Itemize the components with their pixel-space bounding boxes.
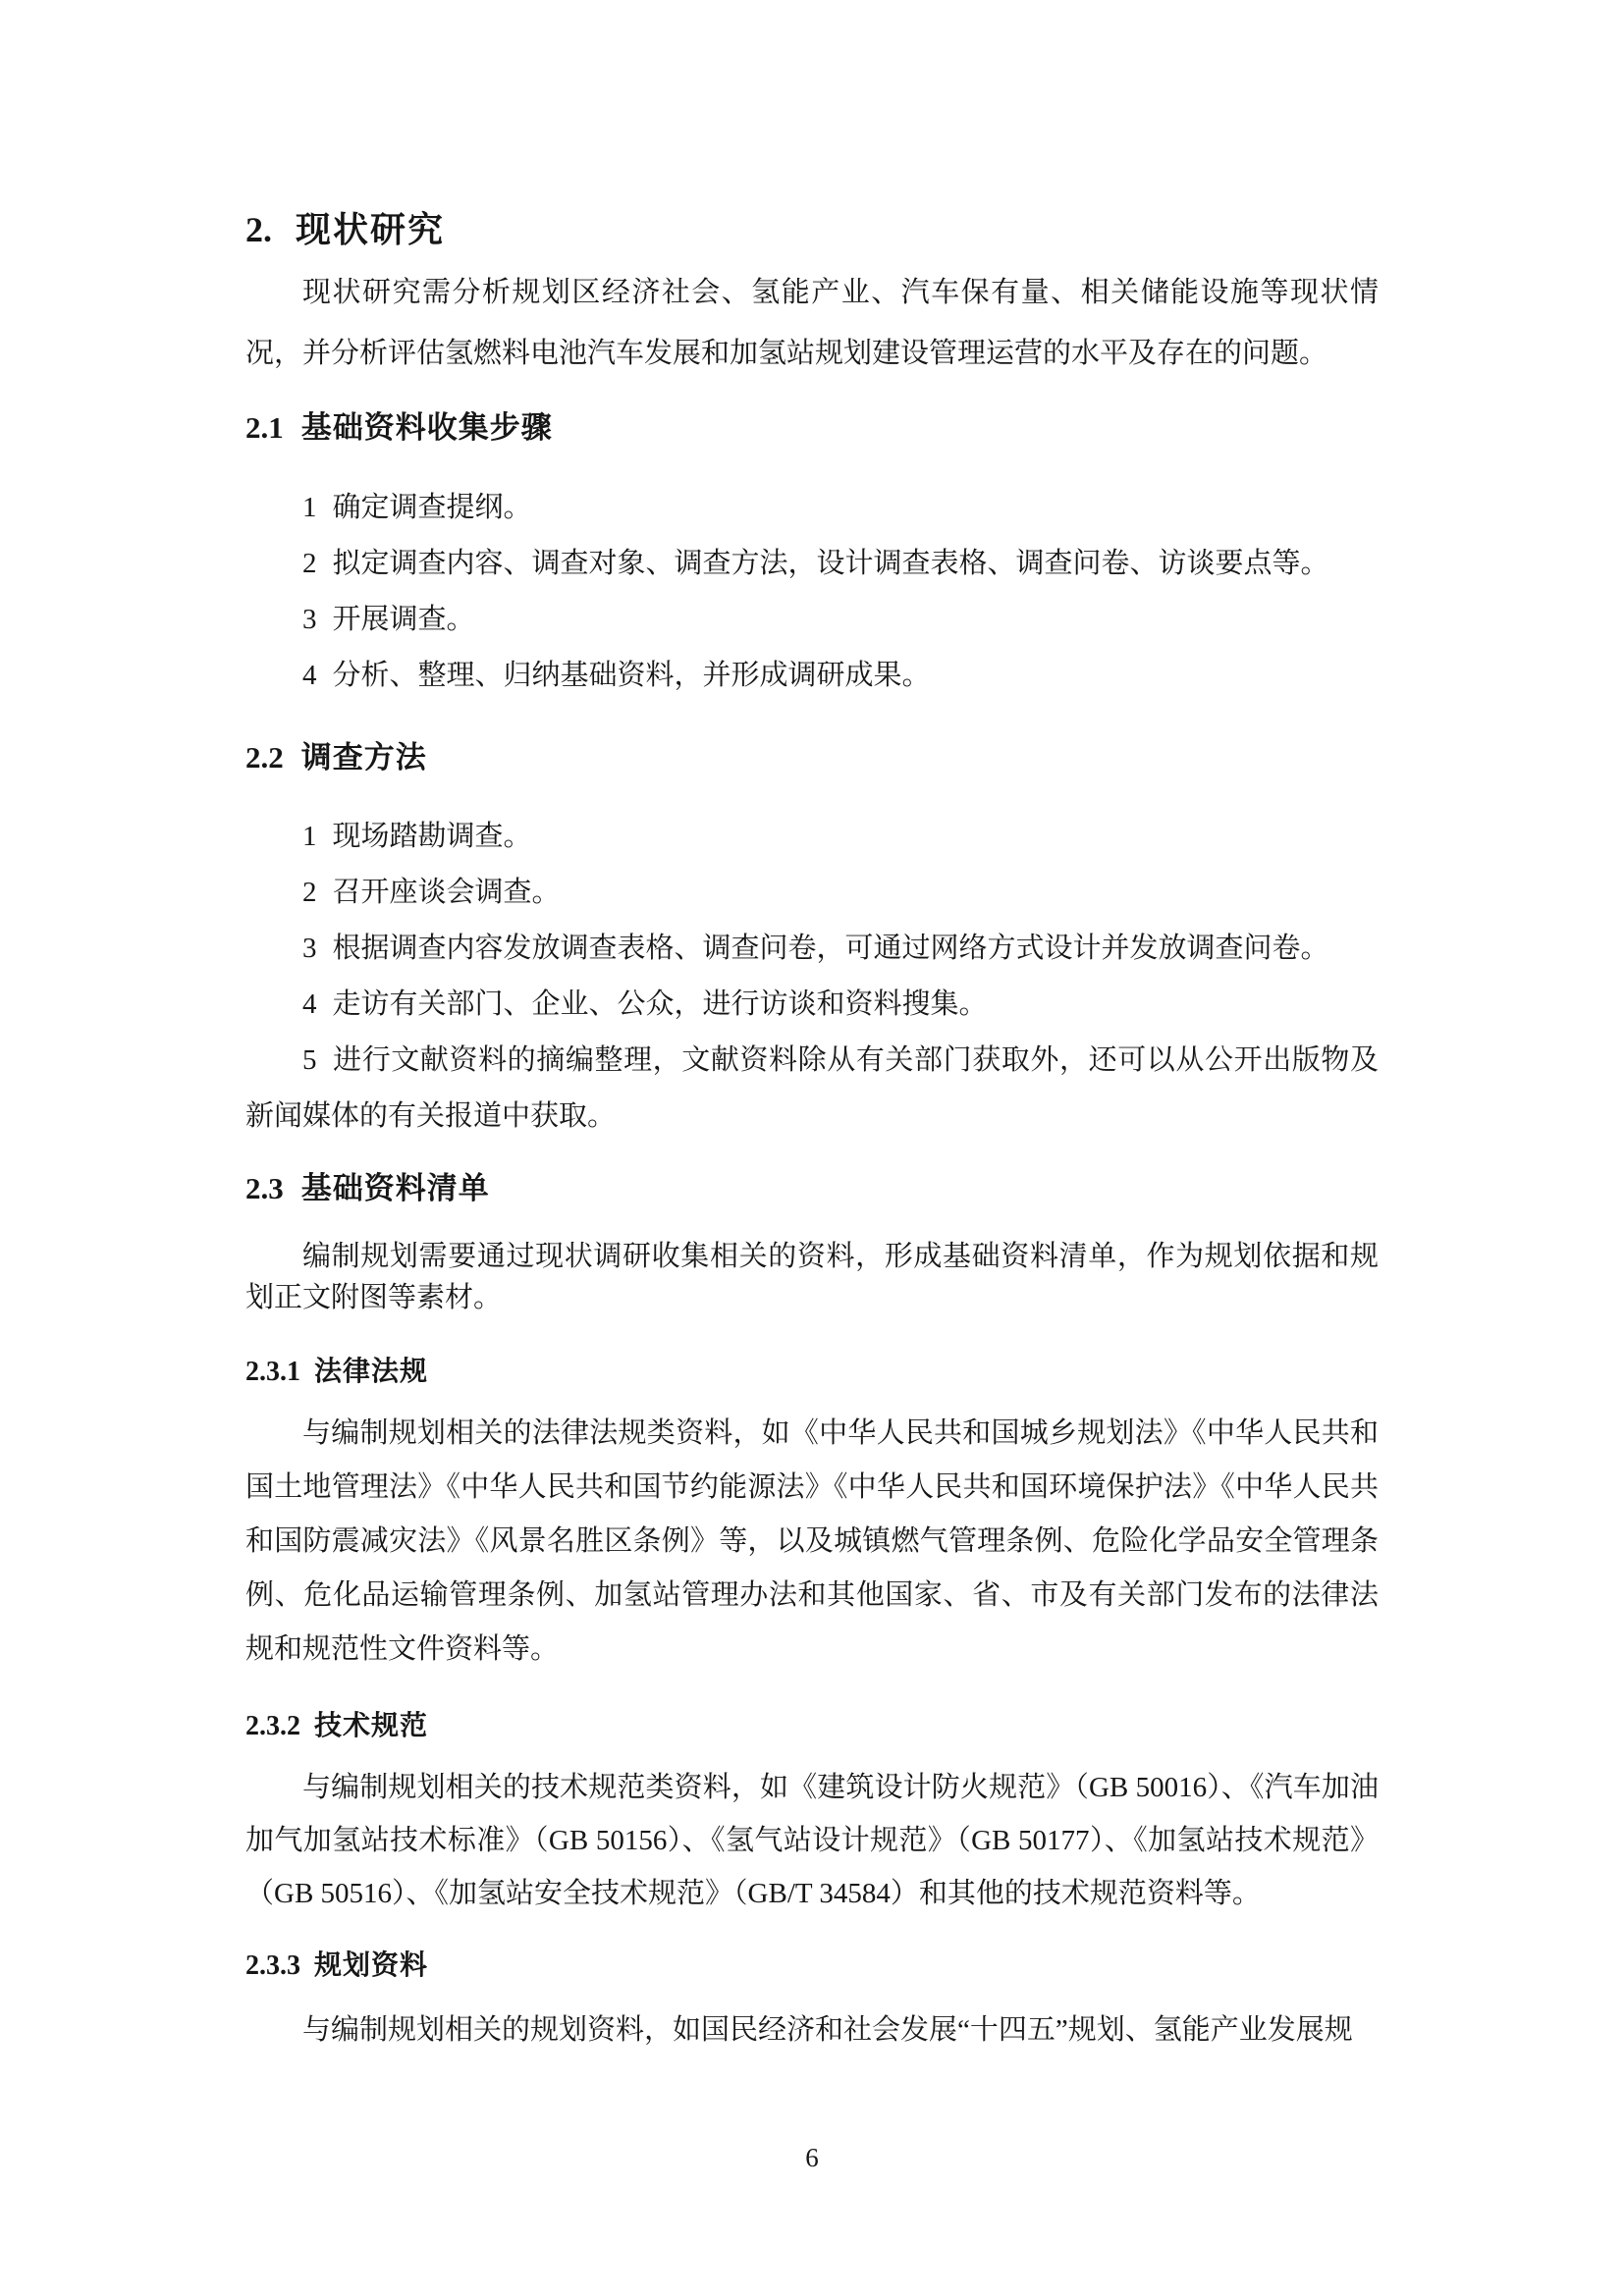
section-2-1-list: 1确定调查提纲。 2拟定调查内容、调查对象、调查方法，设计调查表格、调查问卷、访…	[245, 480, 1379, 704]
list-item-number: 3	[302, 604, 317, 635]
subsection-title: 规划资料	[314, 1949, 428, 1980]
list-item-text: 确定调查提纲。	[333, 492, 532, 523]
subsection-2-3-2-paragraph: 与编制规划相关的技术规范类资料，如《建筑设计防火规范》（GB 50016）、《汽…	[245, 1761, 1379, 1920]
subsection-2-3-3-paragraph: 与编制规划相关的规划资料，如国民经济和社会发展“十四五”规划、氢能产业发展规	[245, 2003, 1379, 2056]
document-page: 2.现状研究 现状研究需分析规划区经济社会、氢能产业、汽车保有量、相关储能设施等…	[0, 0, 1624, 2296]
list-item-number: 5	[302, 1044, 317, 1076]
list-item-number: 2	[302, 877, 317, 908]
list-item: 2拟定调查内容、调查对象、调查方法，设计调查表格、调查问卷、访谈要点等。	[245, 536, 1379, 592]
subsection-title: 法律法规	[314, 1356, 428, 1386]
list-item-text: 现场踏勘调查。	[333, 821, 532, 852]
subsection-heading-2-3-3: 2.3.3规划资料	[245, 1948, 1379, 1984]
section-title: 基础资料清单	[301, 1171, 490, 1205]
section-title: 调查方法	[301, 740, 427, 774]
section-number: 2.2	[245, 740, 284, 774]
list-item: 4走访有关部门、企业、公众，进行访谈和资料搜集。	[245, 977, 1379, 1033]
subsection-title: 技术规范	[314, 1710, 428, 1740]
list-item: 3根据调查内容发放调查表格、调查问卷，可通过网络方式设计并发放调查问卷。	[245, 921, 1379, 977]
list-item-number: 4	[302, 988, 317, 1020]
section-number: 2.1	[245, 410, 284, 445]
list-item-text: 根据调查内容发放调查表格、调查问卷，可通过网络方式设计并发放调查问卷。	[333, 933, 1329, 964]
list-item: 4分析、整理、归纳基础资料，并形成调研成果。	[245, 648, 1379, 704]
section-heading-2-1: 2.1基础资料收集步骤	[245, 408, 1379, 448]
subsection-heading-2-3-1: 2.3.1法律法规	[245, 1354, 1379, 1390]
section-number: 2.3	[245, 1171, 284, 1205]
list-item: 1现场踏勘调查。	[245, 809, 1379, 865]
list-item: 2召开座谈会调查。	[245, 865, 1379, 921]
list-item-text: 进行文献资料的摘编整理，文献资料除从有关部门获取外，还可以从公开出版物及新闻媒体…	[245, 1044, 1379, 1132]
list-item: 1确定调查提纲。	[245, 480, 1379, 536]
list-item-text: 分析、整理、归纳基础资料，并形成调研成果。	[333, 660, 931, 691]
subsection-number: 2.3.2	[245, 1711, 300, 1741]
list-item-number: 2	[302, 548, 317, 579]
section-heading-2-2: 2.2调查方法	[245, 738, 1379, 777]
subsection-2-3-1-paragraph: 与编制规划相关的法律法规类资料，如《中华人民共和国城乡规划法》《中华人民共和国土…	[245, 1407, 1379, 1677]
section-heading-2-3: 2.3基础资料清单	[245, 1169, 1379, 1208]
page-number: 6	[0, 2143, 1624, 2172]
section-2-3-intro-paragraph: 编制规划需要通过现状调研收集相关的资料，形成基础资料清单，作为规划依据和规划正文…	[245, 1236, 1379, 1318]
chapter-number: 2.	[245, 210, 272, 249]
list-item-number: 3	[302, 933, 317, 964]
subsection-number: 2.3.1	[245, 1357, 300, 1387]
chapter-title: 现状研究	[296, 209, 445, 249]
subsection-number: 2.3.3	[245, 1950, 300, 1981]
list-item-text: 走访有关部门、企业、公众，进行访谈和资料搜集。	[333, 988, 988, 1020]
list-item-number: 1	[302, 492, 317, 523]
list-item-text: 拟定调查内容、调查对象、调查方法，设计调查表格、调查问卷、访谈要点等。	[333, 548, 1329, 579]
section-title: 基础资料收集步骤	[301, 410, 553, 445]
list-item: 3开展调查。	[245, 592, 1379, 648]
section-2-2-list: 1现场踏勘调查。 2召开座谈会调查。 3根据调查内容发放调查表格、调查问卷，可通…	[245, 809, 1379, 1145]
chapter-heading: 2.现状研究	[245, 208, 1379, 251]
chapter-intro-paragraph: 现状研究需分析规划区经济社会、氢能产业、汽车保有量、相关储能设施等现状情况，并分…	[245, 262, 1379, 384]
list-item-text: 召开座谈会调查。	[333, 877, 561, 908]
list-item: 5进行文献资料的摘编整理，文献资料除从有关部门获取外，还可以从公开出版物及新闻媒…	[245, 1033, 1379, 1145]
subsection-heading-2-3-2: 2.3.2技术规范	[245, 1708, 1379, 1744]
list-item-text: 开展调查。	[333, 604, 475, 635]
list-item-number: 4	[302, 660, 317, 691]
list-item-number: 1	[302, 821, 317, 852]
